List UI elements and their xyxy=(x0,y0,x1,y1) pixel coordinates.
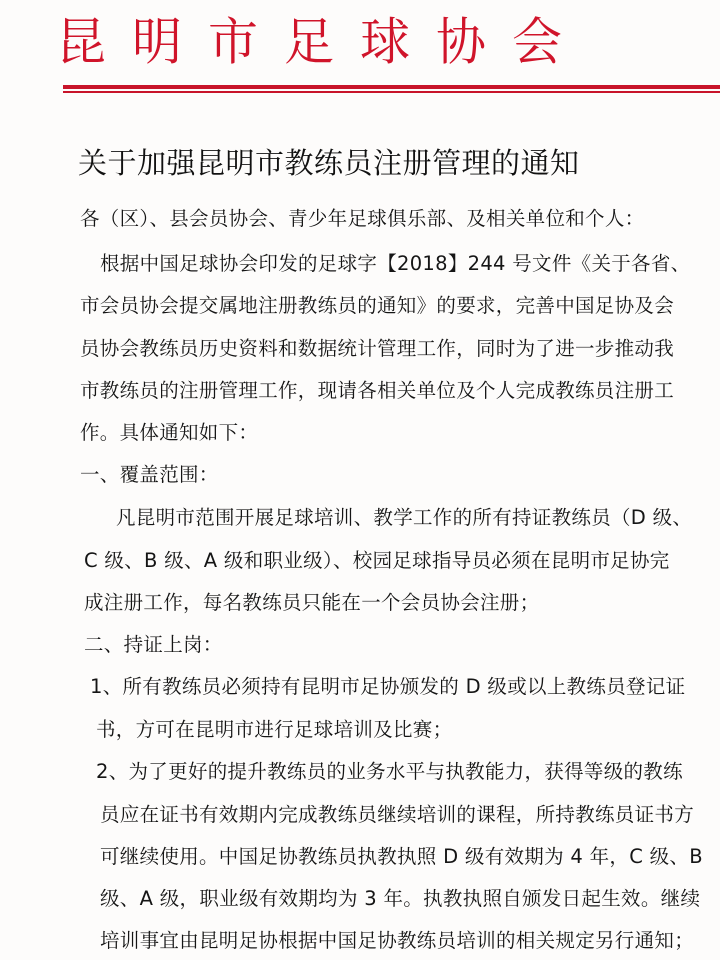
intro-line: 市会员协会提交属地注册教练员的通知》的要求，完善中国足协及会 xyxy=(80,292,674,320)
salutation: 各（区）、县会员协会、青少年足球俱乐部、及相关单位和个人： xyxy=(80,205,644,233)
letterhead-rule-thick xyxy=(63,85,720,89)
section-line: C 级、B 级、A 级和职业级）、校园足球指导员必须在昆明市足协完 xyxy=(84,547,670,575)
item-line: 1、所有教练员必须持有昆明市足协颁发的 D 级或以上教练员登记证 xyxy=(90,673,685,701)
item-line: 员应在证书有效期内完成教练员继续培训的课程，所持教练员证书方 xyxy=(100,801,694,829)
intro-line: 根据中国足球协会印发的足球字【2018】244 号文件《关于各省、 xyxy=(100,250,690,278)
item-line: 培训事宜由昆明足协根据中国足协教练员培训的相关规定另行通知； xyxy=(100,927,694,955)
section-line: 凡昆明市范围开展足球培训、教学工作的所有持证教练员（D 级、 xyxy=(116,504,692,532)
intro-line: 市教练员的注册管理工作，现请各相关单位及个人完成教练员注册工 xyxy=(80,377,674,405)
section-line: 成注册工作，每名教练员只能在一个会员协会注册； xyxy=(84,589,539,617)
section-heading-certification: 二、持证上岗： xyxy=(84,631,223,659)
item-line: 2、为了更好的提升教练员的业务水平与执教能力，获得等级的教练 xyxy=(96,758,683,786)
item-line: 级、A 级，职业级有效期均为 3 年。执教执照自颁发日起生效。继续 xyxy=(100,885,700,913)
letterhead-rule-thin xyxy=(63,91,720,93)
letterhead: 昆明市足球协会 xyxy=(0,0,720,110)
intro-line: 员协会教练员历史资料和数据统计管理工作，同时为了进一步推动我 xyxy=(80,335,674,363)
org-name: 昆明市足球协会 xyxy=(56,11,588,72)
document-title: 关于加强昆明市教练员注册管理的通知 xyxy=(78,143,580,183)
item-line: 书，方可在昆明市进行足球培训及比赛； xyxy=(96,716,452,744)
item-line: 可继续使用。中国足协教练员执教执照 D 级有效期为 4 年，C 级、B xyxy=(100,843,703,871)
intro-line: 作。具体通知如下： xyxy=(80,419,258,447)
section-heading-coverage: 一、覆盖范围： xyxy=(80,461,219,489)
